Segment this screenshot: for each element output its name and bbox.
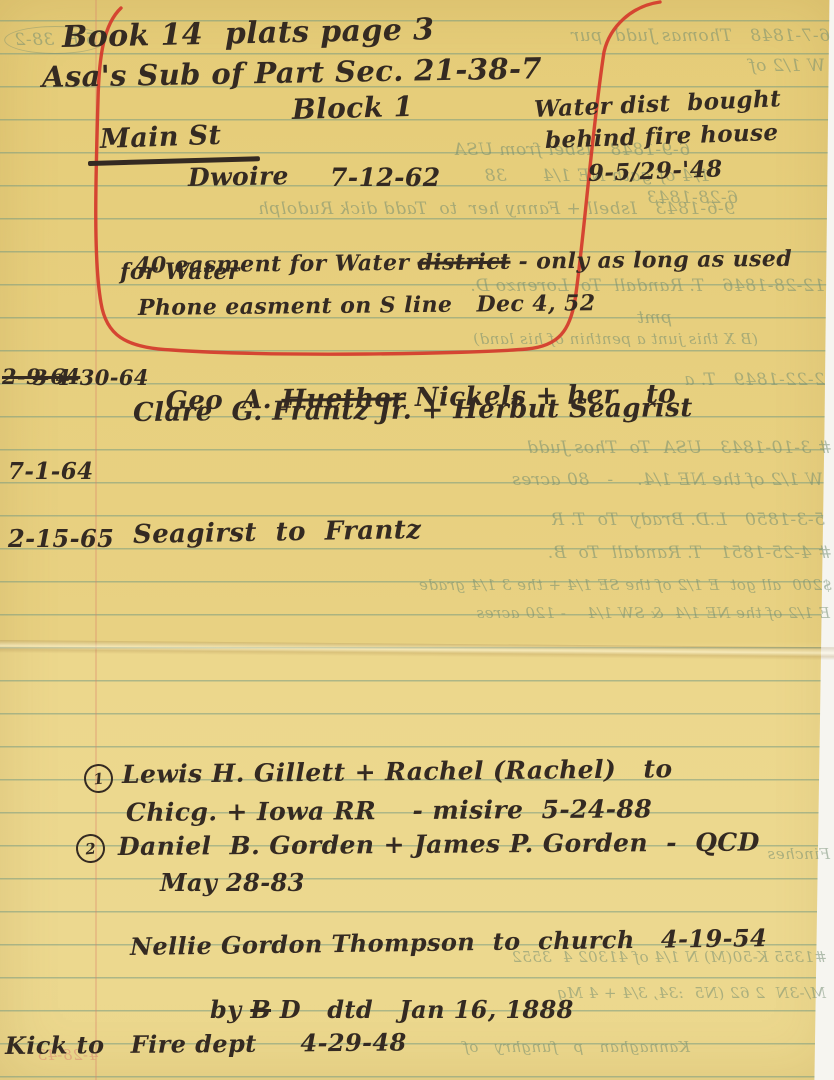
bleedthrough-line: M/-3N 2 62 (N5 :34, 3/4 + 4 Mg [548,984,826,1002]
bleedthrough-line: 5-3-1850 L.D. Brady To T. R [425,510,825,530]
thompson-line2-post: D dtd Jan 16, 1888 [271,995,574,1024]
bleedthrough-line: 6-7-1848 Thomas Judd pur [565,26,830,46]
entry-date-7-1-64: 7-1-64 [8,458,94,485]
easement-text-post: - only as long as used [510,246,792,275]
transfer1964-date-old-struck: 2-9-64 [2,364,80,389]
water-district-note-date: 9-5/29-'48 [588,155,723,187]
entry-2-15-65-text: Seagirst to Frantz [133,515,422,550]
easement-text-struck: district [417,249,510,276]
bleedthrough-line: 9-6-1843 Isbell + Fanny her to Tadd dick… [95,199,735,219]
street-owner-date: 7-12-62 [330,163,441,192]
thompson-line2-struck: B [250,995,271,1024]
bleedthrough-line: W 1/2 of the NE 1/4. - 80 acres [428,470,823,490]
easement-note-line3: Phone easment on S line Dec 4, 52 [138,290,596,321]
bleedthrough-line: E 1/2 of the NE 1/4 & SW 1/4 - 120 acres [432,604,830,622]
easement-note-line2: for Water [120,259,240,285]
scanned-ledger-page: 6-7-1848 Thomas Judd pur W 1/2 of 5 B 38… [0,0,834,1080]
thompson-line2-pre: by [210,995,250,1024]
bleedthrough-line: (B X this junt a penthin of his land) [428,330,758,348]
bleedthrough-line: pmt [612,308,672,328]
numbered-entry-2-line1: Daniel B. Gorden + James P. Gorden - QCD [118,828,760,861]
entry-2-15-65-date: 2-15-65 [8,524,114,553]
street-owner-name: Dwoire [188,161,289,192]
numbered-entry-1-line1: Lewis H. Gillett + Rachel (Rachel) to [122,754,673,789]
street-title: Main St [99,120,221,155]
bleedthrough-line: # 4-25-1851 T. Randall To B. [412,543,832,563]
bleedthrough-line: W 1/2 of [700,56,825,76]
numbered-entry-2-line2: May 28-83 [160,868,305,897]
numbered-entry-1-line2: Chicg. + Iowa RR - misire 5-24-88 [126,794,652,827]
heading-block-line: Block 1 [292,90,414,126]
fire-dept-entry: Kick to Fire dept 4-29-48 [5,1027,407,1060]
bleedthrough-line: $200 all got E 1/2 of the SE 1/4 + the 3… [420,576,832,594]
transfer1964-grantees-line: Clare G. Frantz Jr. + Herbut Seagrist [133,393,693,428]
